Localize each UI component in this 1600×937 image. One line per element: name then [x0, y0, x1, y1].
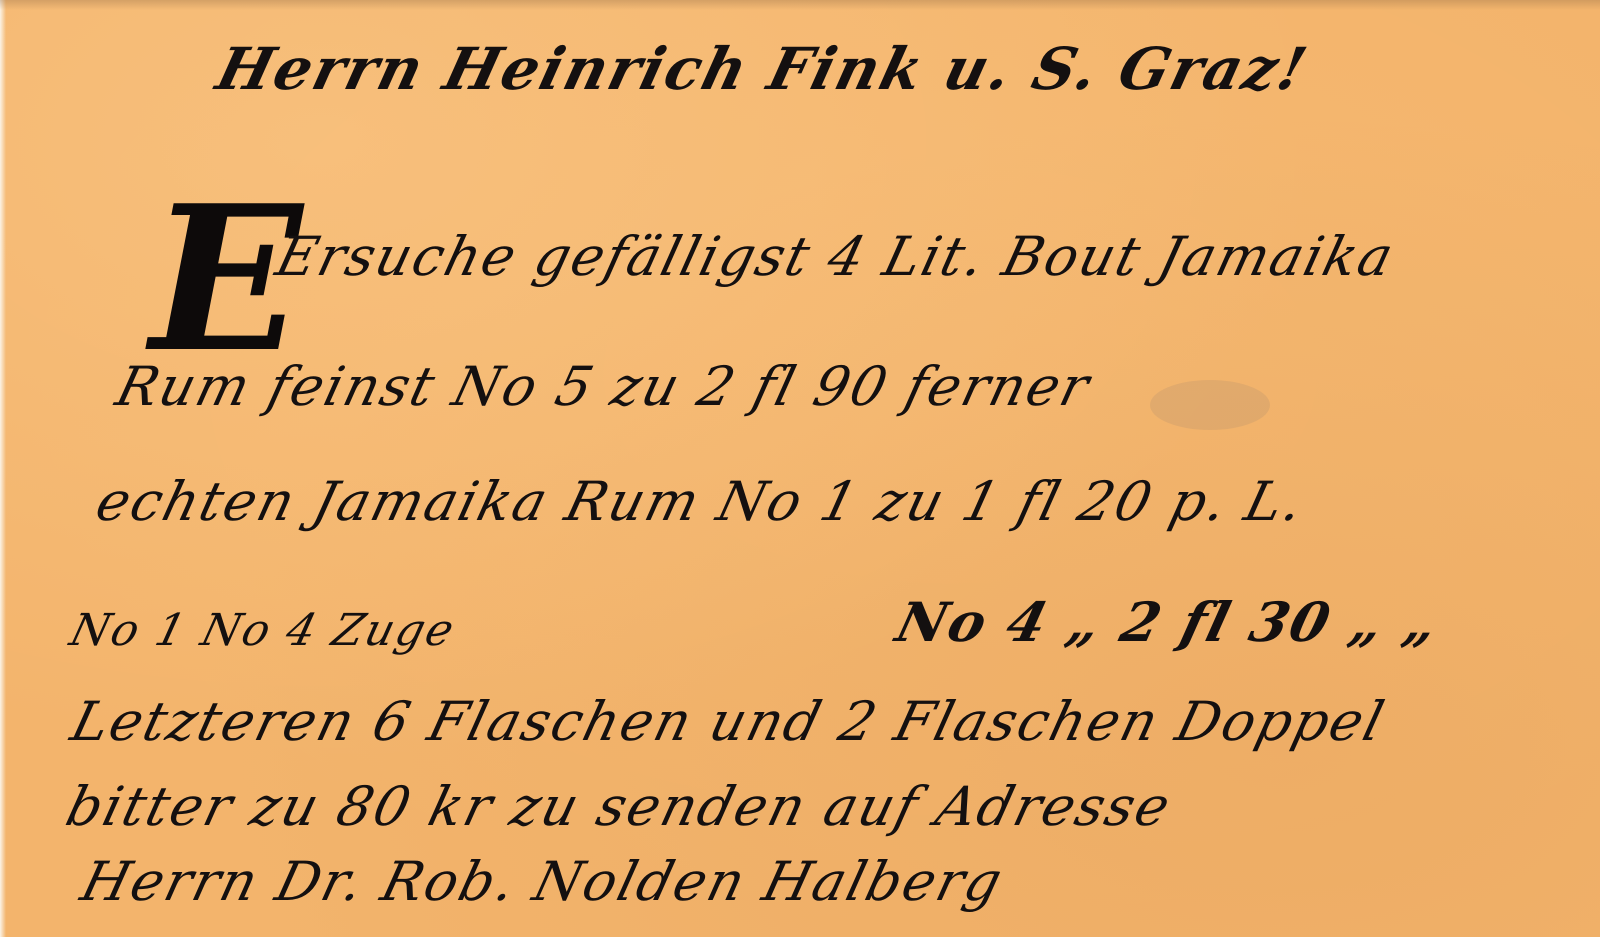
postcard: Herrn Heinrich Fink u. S. Graz! E Ersuch…: [0, 0, 1600, 937]
text-line-7: bitter zu 80 kr zu senden auf Adresse: [60, 775, 1178, 838]
margin-note: No 1 No 4 Zuge: [65, 605, 461, 656]
text-line-2: Rum feinst No 5 zu 2 fl 90 ferner: [110, 355, 1097, 418]
ink-smudge: [1150, 380, 1270, 430]
text-line-3: echten Jamaika Rum No 1 zu 1 fl 20 p. L.: [90, 470, 1311, 533]
text-line-1: Ersuche gefälligst 4 Lit. Bout Jamaika: [270, 225, 1401, 288]
salutation-line: Herrn Heinrich Fink u. S. Graz!: [210, 35, 1315, 103]
text-line-4: No 4 „ 2 fl 30 „ „: [890, 590, 1446, 654]
text-line-8: Herrn Dr. Rob. Nolden Halberg: [75, 850, 1010, 913]
text-line-6: Letzteren 6 Flaschen und 2 Flaschen Dopp…: [65, 690, 1392, 753]
